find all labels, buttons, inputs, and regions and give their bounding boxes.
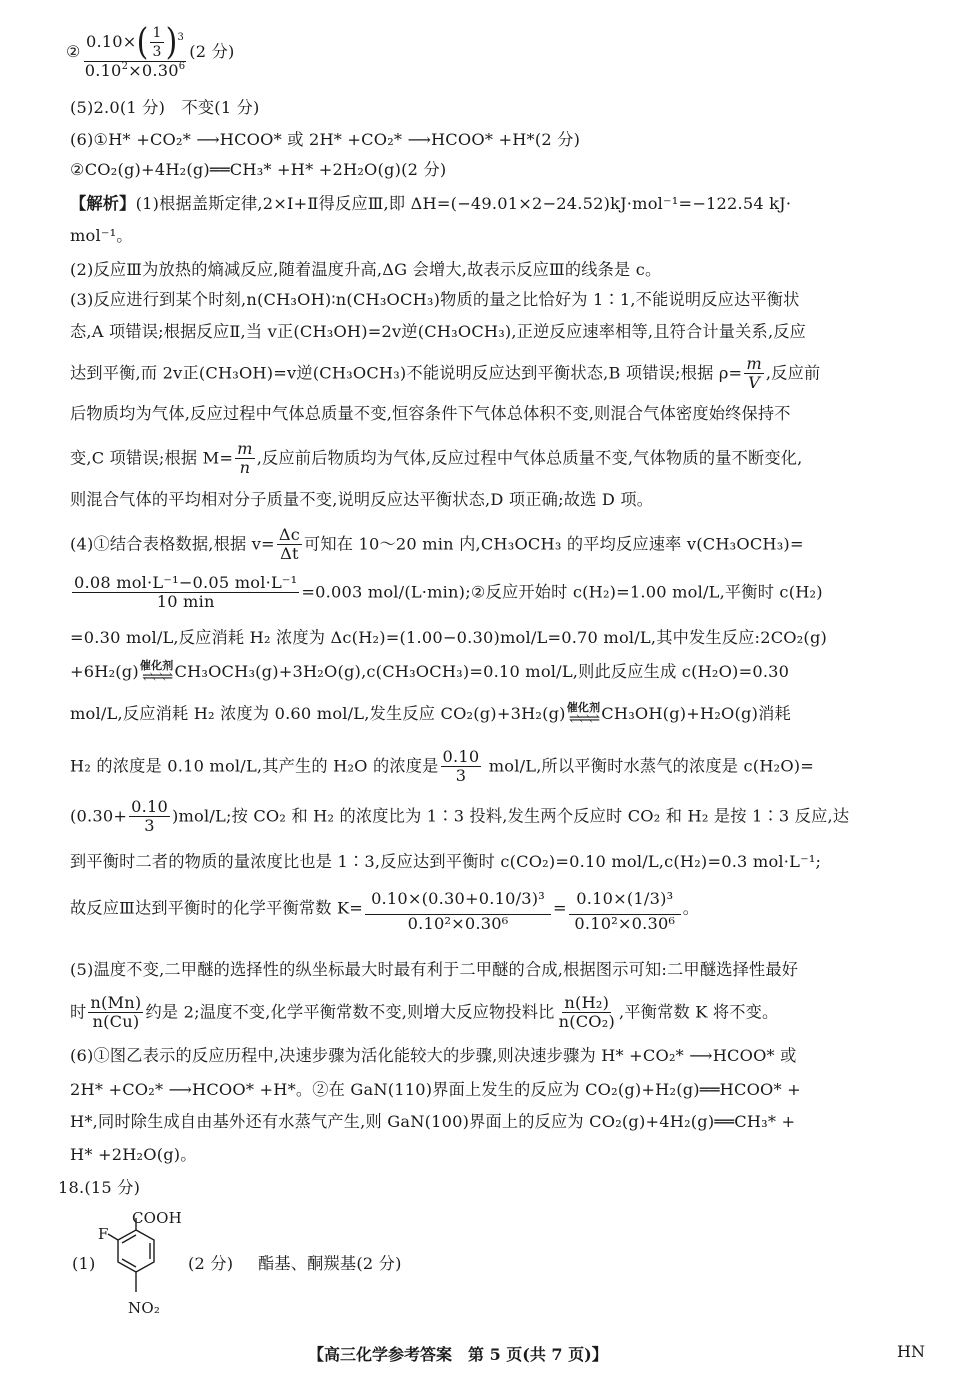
analysis-p4d: +6H₂(g)催化剂⇌⇌⇌CH₃OCH₃(g)+3H₂O(g),c(CH₃OCH… xyxy=(70,660,789,690)
analysis-title: 【解析】 xyxy=(70,194,136,213)
den: 3 xyxy=(454,767,469,785)
equilibrium-arrow-icon: ⇌⇌⇌ xyxy=(569,714,598,724)
text: CH₃OH(g)+H₂O(g)消耗 xyxy=(601,704,791,723)
fraction: mV xyxy=(744,355,764,392)
footer-code: HN xyxy=(897,1342,925,1361)
q18-score1: (2 分) xyxy=(188,1254,233,1274)
num: 0.08 mol·L⁻¹−0.05 mol·L⁻¹ xyxy=(72,574,299,593)
fraction: 0.103 xyxy=(129,798,170,835)
answer-4-2: ② 0.10×(13)3 0.102×0.306 (2 分) xyxy=(66,24,235,84)
den: V xyxy=(746,374,762,392)
analysis-p6d: H* +2H₂O(g)。 xyxy=(70,1145,197,1165)
analysis-p4b: 0.08 mol·L⁻¹−0.05 mol·L⁻¹10 min=0.003 mo… xyxy=(70,574,823,612)
den: 3 xyxy=(142,817,157,835)
analysis-p3d: 后物质均为气体,反应过程中气体总质量不变,恒容条件下气体总体积不变,则混合气体密… xyxy=(70,404,791,424)
footer-title: 【高三化学参考答案 第 5 页(共 7 页)】 xyxy=(308,1342,608,1365)
text: 可知在 10～20 min 内,CH₃OCH₃ 的平均反应速率 v(CH₃OCH… xyxy=(304,535,804,554)
den-a: 0.10 xyxy=(85,61,122,80)
text: mol/L,所以平衡时水蒸气的浓度是 c(H₂O)= xyxy=(483,757,814,776)
catalyst-arrow: 催化剂⇌⇌⇌ xyxy=(567,702,601,724)
analysis-p3f: 则混合气体的平均相对分子质量不变,说明反应达平衡状态,D 项正确;故选 D 项。 xyxy=(70,490,653,510)
analysis-p2: (2)反应Ⅲ为放热的熵减反应,随着温度升高,ΔG 会增大,故表示反应Ⅲ的线条是 … xyxy=(70,260,661,280)
analysis-p5b: 时n(Mn)n(Cu)约是 2;温度不变,化学平衡常数不变,则增大反应物投料比n… xyxy=(70,994,778,1034)
num: 0.10×(1/3)³ xyxy=(569,884,681,915)
text: 约是 2;温度不变,化学平衡常数不变,则增大反应物投料比 xyxy=(145,1003,554,1022)
equilibrium-arrow-icon: ⇌⇌⇌ xyxy=(142,672,171,682)
exp-2: 6 xyxy=(179,61,186,72)
analysis-p5a: (5)温度不变,二甲醚的选择性的纵坐标最大时最有利于二甲醚的合成,根据图示可知:… xyxy=(70,960,798,980)
den: 10 min xyxy=(155,593,217,611)
analysis-p4h: 到平衡时二者的物质的量浓度比也是 1∶3,反应达到平衡时 c(CO₂)=0.10… xyxy=(70,852,821,872)
text: mol/L,反应消耗 H₂ 浓度为 0.60 mol/L,发生反应 CO₂(g)… xyxy=(70,704,566,723)
analysis-p1a: 【解析】(1)根据盖斯定律,2×Ⅰ+Ⅱ得反应Ⅲ,即 ΔH=(−49.01×2−2… xyxy=(70,194,791,214)
analysis-p3e: 变,C 项错误;根据 M=mn,反应前后物质均为气体,反应过程中气体总质量不变,… xyxy=(70,440,802,476)
fraction: ΔcΔt xyxy=(277,526,302,563)
analysis-p4a: (4)①结合表格数据,根据 v=ΔcΔt可知在 10～20 min 内,CH₃O… xyxy=(70,526,804,562)
num: m xyxy=(744,355,764,374)
analysis-p3b: 态,A 项错误;根据反应Ⅱ,当 v正(CH₃OH)=2v逆(CH₃OCH₃),正… xyxy=(70,322,806,342)
num: n(Mn) xyxy=(88,994,143,1013)
num: Δc xyxy=(277,526,302,545)
den: Δt xyxy=(278,545,301,563)
num: 0.10 xyxy=(441,748,482,767)
analysis-p6a: (6)①图乙表示的反应历程中,决速步骤为活化能较大的步骤,则决速步骤为 H* +… xyxy=(70,1046,797,1066)
analysis-p4e: mol/L,反应消耗 H₂ 浓度为 0.60 mol/L,发生反应 CO₂(g)… xyxy=(70,702,791,732)
answer-6-2: ②CO₂(g)+4H₂(g)══CH₃* +H* +2H₂O(g)(2 分) xyxy=(70,160,446,180)
q18-groups: 酯基、酮羰基(2 分) xyxy=(258,1254,402,1274)
mol-cooh: COOH xyxy=(132,1208,182,1228)
den: n xyxy=(238,459,253,477)
text: (0.30+ xyxy=(70,807,127,826)
fraction: n(Mn)n(Cu) xyxy=(88,994,143,1031)
fraction: 0.103 xyxy=(441,748,482,785)
den-b: ×0.30 xyxy=(128,61,179,80)
k-fraction-1: 0.10×(0.30+0.10/3)³0.10²×0.30⁶ xyxy=(365,884,551,933)
fraction: 0.08 mol·L⁻¹−0.05 mol·L⁻¹10 min xyxy=(72,574,299,611)
analysis-p4i: 故反应Ⅲ达到平衡时的化学平衡常数 K=0.10×(0.30+0.10/3)³0.… xyxy=(70,884,699,948)
den: 0.10²×0.30⁶ xyxy=(406,915,511,933)
mol-f: F xyxy=(98,1224,109,1244)
numerator-text: 0.10× xyxy=(86,32,137,51)
catalyst-arrow: 催化剂⇌⇌⇌ xyxy=(140,660,174,682)
score: (2 分) xyxy=(189,42,234,61)
q18-header: 18.(15 分) xyxy=(58,1178,140,1198)
circled-number: ② xyxy=(66,42,81,61)
text: 变,C 项错误;根据 M= xyxy=(70,449,233,468)
inner-num: 1 xyxy=(150,24,163,43)
exponent: 3 xyxy=(177,32,184,43)
text: ,平衡常数 K 将不变。 xyxy=(619,1003,778,1022)
analysis-p1b: mol⁻¹。 xyxy=(70,226,133,246)
text: )mol/L;按 CO₂ 和 H₂ 的浓度比为 1∶3 投料,发生两个反应时 C… xyxy=(172,807,849,826)
k-fraction-2: 0.10×(1/3)³0.10²×0.30⁶ xyxy=(569,884,681,933)
analysis-p3c: 达到平衡,而 2v正(CH₃OH)=v逆(CH₃OCH₃)不能说明反应达到平衡状… xyxy=(70,355,820,391)
text: CH₃OCH₃(g)+3H₂O(g),c(CH₃OCH₃)=0.10 mol/L… xyxy=(174,662,789,681)
text: H₂ 的浓度是 0.10 mol/L,其产生的 H₂O 的浓度是 xyxy=(70,757,439,776)
text: 达到平衡,而 2v正(CH₃OH)=v逆(CH₃OCH₃)不能说明反应达到平衡状… xyxy=(70,364,742,383)
num: 0.10×(0.30+0.10/3)³ xyxy=(365,884,551,915)
analysis-p4f: H₂ 的浓度是 0.10 mol/L,其产生的 H₂O 的浓度是0.103 mo… xyxy=(70,748,814,786)
analysis-p6b: 2H* +CO₂* ⟶HCOO* +H*。②在 GaN(110)界面上发生的反应… xyxy=(70,1080,801,1100)
num: n(H₂) xyxy=(562,994,611,1013)
den: n(Cu) xyxy=(90,1013,141,1031)
answer-5: (5)2.0(1 分) 不变(1 分) xyxy=(70,98,260,118)
fraction: mn xyxy=(235,440,255,477)
analysis-p4c: =0.30 mol/L,反应消耗 H₂ 浓度为 Δc(H₂)=(1.00−0.3… xyxy=(70,628,827,648)
inner-den: 3 xyxy=(150,43,163,61)
text: 时 xyxy=(70,1003,86,1022)
analysis-p3a: (3)反应进行到某个时刻,n(CH₃OH)∶n(CH₃OCH₃)物质的量之比恰好… xyxy=(70,290,800,310)
fraction: 0.10×(13)3 0.102×0.306 xyxy=(83,24,188,80)
q18-sub1-label: (1) xyxy=(72,1254,96,1274)
den: n(CO₂) xyxy=(557,1013,617,1031)
analysis-p6c: H*,同时除生成自由基外还有水蒸气产生,则 GaN(100)界面上的反应为 CO… xyxy=(70,1112,795,1132)
mol-no2: NO₂ xyxy=(128,1298,160,1318)
num: m xyxy=(235,440,255,459)
text: (1)根据盖斯定律,2×Ⅰ+Ⅱ得反应Ⅲ,即 ΔH=(−49.01×2−24.52… xyxy=(136,194,792,213)
text: 故反应Ⅲ达到平衡时的化学平衡常数 K= xyxy=(70,899,363,918)
text: 。 xyxy=(683,899,699,918)
analysis-p4g: (0.30+0.103)mol/L;按 CO₂ 和 H₂ 的浓度比为 1∶3 投… xyxy=(70,798,849,836)
den: 0.10²×0.30⁶ xyxy=(572,915,677,933)
fraction: n(H₂)n(CO₂) xyxy=(557,994,617,1031)
text: +6H₂(g) xyxy=(70,662,139,681)
text: =0.003 mol/(L·min);②反应开始时 c(H₂)=1.00 mol… xyxy=(301,583,822,602)
num: 0.10 xyxy=(129,798,170,817)
text: ,反应前 xyxy=(766,364,821,383)
text: ,反应前后物质均为气体,反应过程中气体总质量不变,气体物质的量不断变化, xyxy=(257,449,803,468)
answer-6-1: (6)①H* +CO₂* ⟶HCOO* 或 2H* +CO₂* ⟶HCOO* +… xyxy=(70,130,580,150)
text: (4)①结合表格数据,根据 v= xyxy=(70,535,275,554)
